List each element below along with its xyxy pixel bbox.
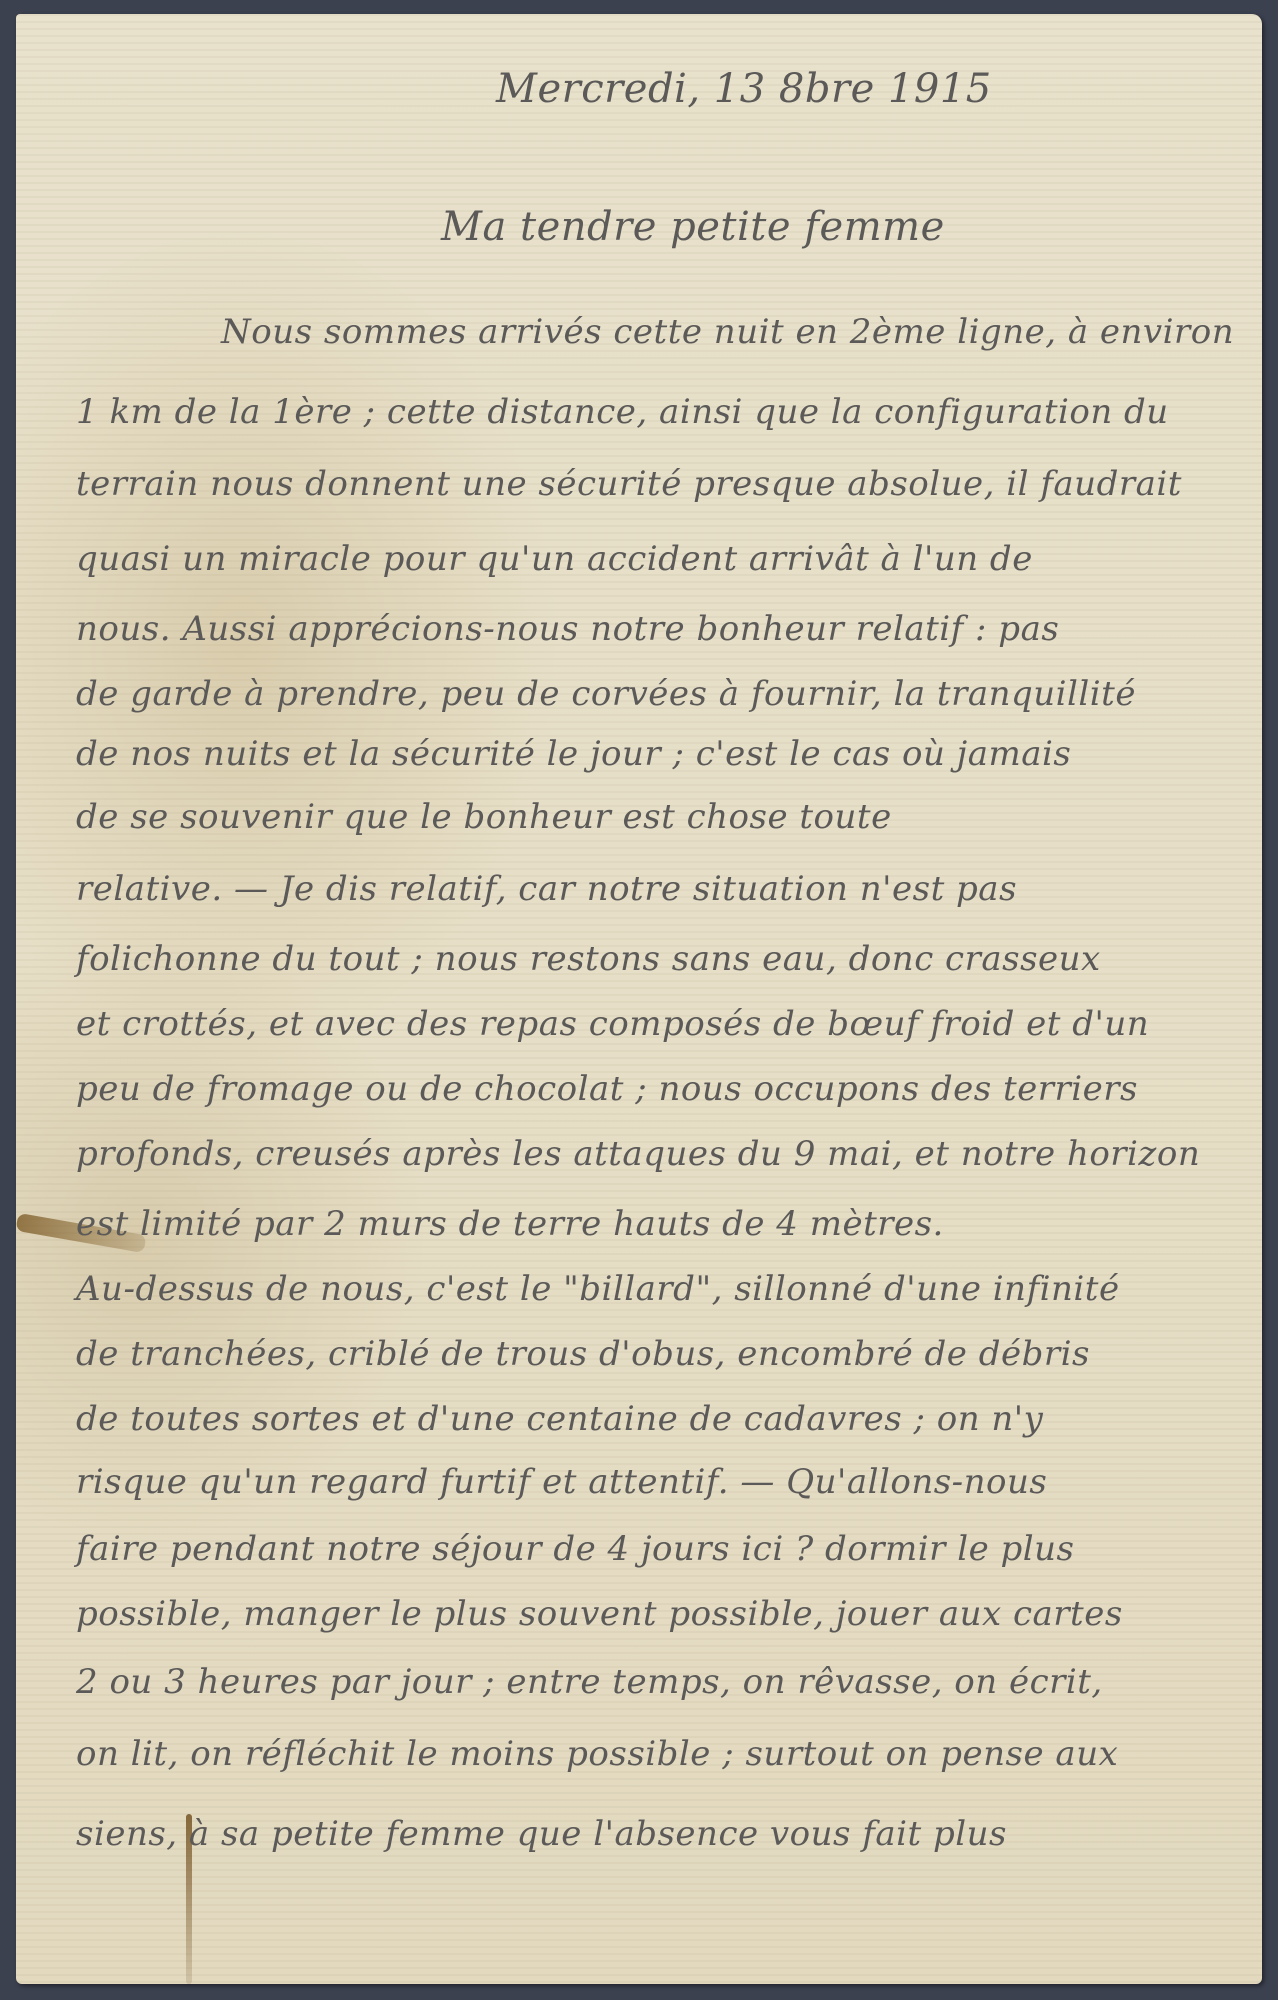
letter-line: faire pendant notre séjour de 4 jours ic…: [76, 1529, 1074, 1569]
letter-line: profonds, creusés après les attaques du …: [76, 1134, 1200, 1174]
letter-line: Nous sommes arrivés cette nuit en 2ème l…: [221, 312, 1234, 352]
letter-line: relative. — Je dis relatif, car notre si…: [76, 869, 1017, 909]
letter-line: de tranchées, criblé de trous d'obus, en…: [76, 1334, 1090, 1374]
letter-line: quasi un miracle pour qu'un accident arr…: [76, 539, 1033, 579]
letter-line: de nos nuits et la sécurité le jour ; c'…: [76, 734, 1071, 774]
letter-paper: Mercredi, 13 8bre 1915 Ma tendre petite …: [16, 14, 1262, 1984]
letter-line: on lit, on réfléchit le moins possible ;…: [76, 1734, 1118, 1774]
letter-line: terrain nous donnent une sécurité presqu…: [76, 464, 1182, 504]
letter-salutation: Ma tendre petite femme: [441, 204, 945, 250]
letter-line: et crottés, et avec des repas composés d…: [76, 1004, 1149, 1044]
letter-line: risque qu'un regard furtif et attentif. …: [76, 1462, 1047, 1502]
letter-line: de garde à prendre, peu de corvées à fou…: [76, 674, 1136, 714]
letter-line: peu de fromage ou de chocolat ; nous occ…: [76, 1069, 1138, 1109]
letter-line: est limité par 2 murs de terre hauts de …: [76, 1204, 944, 1244]
letter-date: Mercredi, 13 8bre 1915: [496, 66, 992, 112]
letter-line: Au-dessus de nous, c'est le "billard", s…: [76, 1269, 1120, 1309]
letter-line: 2 ou 3 heures par jour ; entre temps, on…: [76, 1662, 1103, 1702]
letter-line: nous. Aussi apprécions-nous notre bonheu…: [76, 609, 1059, 649]
letter-line: de se souvenir que le bonheur est chose …: [76, 797, 892, 837]
letter-line: siens, à sa petite femme que l'absence v…: [76, 1814, 1007, 1854]
letter-line: de toutes sortes et d'une centaine de ca…: [76, 1399, 1043, 1439]
letter-line: 1 km de la 1ère ; cette distance, ainsi …: [76, 392, 1169, 432]
letter-line: folichonne du tout ; nous restons sans e…: [76, 939, 1101, 979]
letter-line: possible, manger le plus souvent possibl…: [76, 1594, 1123, 1634]
